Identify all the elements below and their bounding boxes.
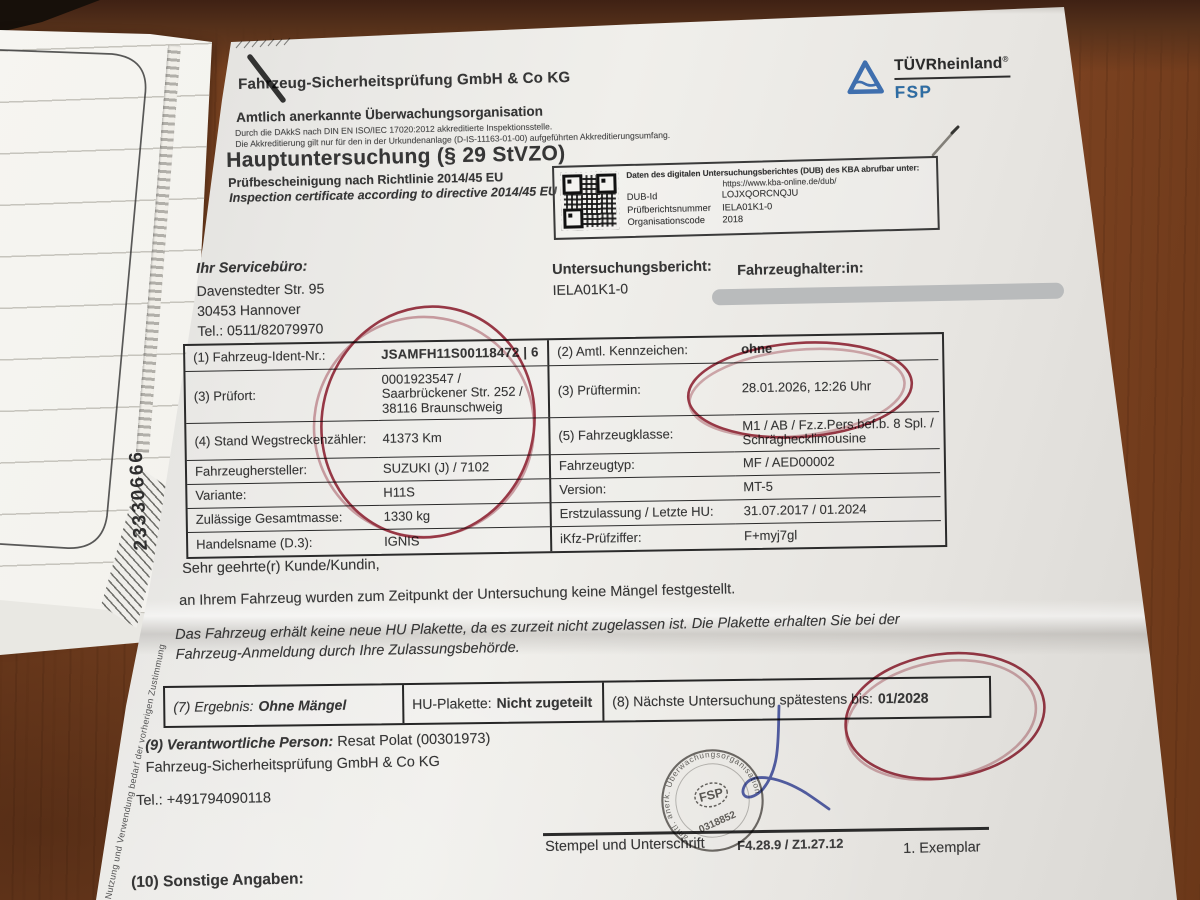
footer-form-code: F4.28.9 / Z1.27.12 — [737, 836, 844, 853]
table-cell-label: Erstzulassung / Letzte HU: — [550, 499, 736, 526]
next-inspection-label: (8) Nächste Untersuchung spätestens bis: — [612, 690, 873, 709]
table-cell-label: (3) Prüfort: — [185, 368, 378, 423]
dub-info-box: Daten des digitalen Untersuchungsbericht… — [552, 156, 940, 240]
signature-line — [543, 827, 989, 836]
holder-redaction-bar — [712, 283, 1064, 306]
tuv-triangle-icon — [845, 57, 886, 98]
footer-stamp-label: Stempel und Unterschrift — [545, 836, 705, 855]
letter-salutation: Sehr geehrte(r) Kunde/Kundin, — [182, 557, 380, 577]
responsible-label: (9) Verantwortliche Person: — [145, 734, 333, 754]
qr-finder-icon — [596, 173, 617, 194]
certificate-content: Fahrzeug-Sicherheitsprüfung GmbH & Co KG… — [0, 0, 1200, 900]
sticker-cell: HU-Plakette: Nicht zugeteilt — [402, 683, 602, 723]
table-cell-value: H11S — [379, 478, 549, 505]
brand-tuv: TÜV — [894, 56, 926, 74]
table-cell-value: MF / AED00002 — [735, 448, 940, 475]
service-office-block: Ihr Servicebüro: Davenstedter Str. 95 30… — [196, 256, 325, 341]
next-inspection-value: 01/2028 — [878, 690, 929, 707]
table-cell-value: MT-5 — [735, 472, 940, 499]
service-office-city: 30453 Hannover — [197, 298, 325, 321]
table-cell-label: (1) Fahrzeug-Ident-Nr.: — [185, 343, 377, 371]
table-cell-label: Variante: — [187, 481, 379, 508]
service-office-street: Davenstedter Str. 95 — [196, 278, 324, 301]
sticker-value: Nicht zugeteilt — [496, 694, 592, 711]
dub-text-area: Daten des digitalen Untersuchungsbericht… — [626, 162, 933, 228]
report-label: Untersuchungsbericht: — [552, 257, 712, 280]
responsible-person-block: (9) Verantwortliche Person: Resat Polat … — [145, 728, 491, 779]
result-cell: (7) Ergebnis: Ohne Mängel — [165, 685, 402, 726]
holder-label: Fahrzeughalter:in: — [737, 260, 864, 279]
company-name: Fahrzeug-Sicherheitsprüfung GmbH & Co KG — [238, 69, 570, 93]
other-info-label: (10) Sonstige Angaben: — [131, 870, 304, 892]
brand-rheinland: Rheinland — [926, 55, 1003, 74]
table-cell-label: Fahrzeughersteller: — [187, 457, 379, 484]
table-cell-value: SUZUKI (J) / 7102 — [379, 454, 549, 481]
report-block: Untersuchungsbericht: IELA01K1-0 — [552, 257, 712, 300]
table-cell-label: Fahrzeugtyp: — [549, 451, 735, 478]
sheet-number-vertical: 23330666 — [126, 449, 153, 551]
service-office-phone: Tel.: 0511/82079970 — [197, 318, 325, 341]
letter-body: an Ihrem Fahrzeug wurden zum Zeitpunkt d… — [179, 581, 735, 609]
registered-mark: ® — [1002, 55, 1008, 64]
letter-notice: Das Fahrzeug erhält keine neue HU Plaket… — [175, 609, 936, 665]
table-cell-value: IGNIS — [380, 526, 550, 554]
table-cell-label: (3) Prüftermin: — [547, 362, 734, 417]
dub-label: Organisationscode — [627, 215, 722, 229]
table-cell-value: JSAMFH11S00118472 | 6 — [377, 340, 547, 368]
table-cell-label: Version: — [549, 475, 735, 502]
qr-finder-icon — [563, 208, 584, 229]
brand-name: TÜVRheinland® — [894, 55, 1011, 81]
table-cell-value: F+myj7gl — [736, 520, 941, 548]
table-cell-label: (2) Amtl. Kennzeichen: — [547, 337, 733, 365]
table-cell-value: 31.07.2017 / 01.2024 — [736, 496, 941, 523]
service-office-label: Ihr Servicebüro: — [196, 256, 324, 279]
footer-copy-label: 1. Exemplar — [903, 839, 981, 857]
table-cell-value: 1330 kg — [380, 502, 550, 529]
photo-of-inspection-certificate: Fahrzeug-Sicherheitsprüfung GmbH & Co KG… — [0, 0, 1200, 900]
table-cell-label: (5) Fahrzeugklasse: — [548, 414, 735, 454]
table-cell-value: ohne — [733, 334, 938, 362]
qr-finder-icon — [562, 174, 583, 195]
result-bar: (7) Ergebnis: Ohne Mängel HU-Plakette: N… — [163, 676, 991, 728]
table-cell-label: (4) Stand Wegstreckenzähler: — [186, 420, 379, 460]
result-value: Ohne Mängel — [258, 697, 346, 714]
report-value: IELA01K1-0 — [552, 277, 712, 300]
sticker-label: HU-Plakette: — [412, 695, 492, 712]
table-cell-label: Zulässige Gesamtmasse: — [188, 505, 380, 532]
next-inspection-cell: (8) Nächste Untersuchung spätestens bis:… — [602, 678, 989, 721]
table-cell-value: M1 / AB / Fz.z.Pers.bef.b. 8 Spl. / Schr… — [734, 411, 940, 451]
table-cell-label: Handelsname (D.3): — [188, 529, 380, 557]
qr-code — [560, 171, 619, 230]
table-cell-value: 41373 Km — [378, 417, 549, 457]
table-cell-value: 0001923547 / Saarbrückener Str. 252 / 38… — [377, 365, 548, 420]
responsible-value: Resat Polat (00301973) — [337, 731, 490, 750]
result-label: (7) Ergebnis: — [173, 698, 253, 715]
tuv-logo: TÜVRheinland® FSP — [845, 55, 1011, 105]
fsp-wordmark: FSP — [895, 81, 1012, 103]
responsible-phone: Tel.: +491794090118 — [136, 790, 271, 809]
vehicle-data-table: (1) Fahrzeug-Ident-Nr.: JSAMFH11S0011847… — [183, 332, 947, 559]
table-cell-label: iKfz-Prüfziffer: — [550, 523, 736, 551]
table-cell-value: 28.01.2026, 12:26 Uhr — [733, 359, 939, 414]
